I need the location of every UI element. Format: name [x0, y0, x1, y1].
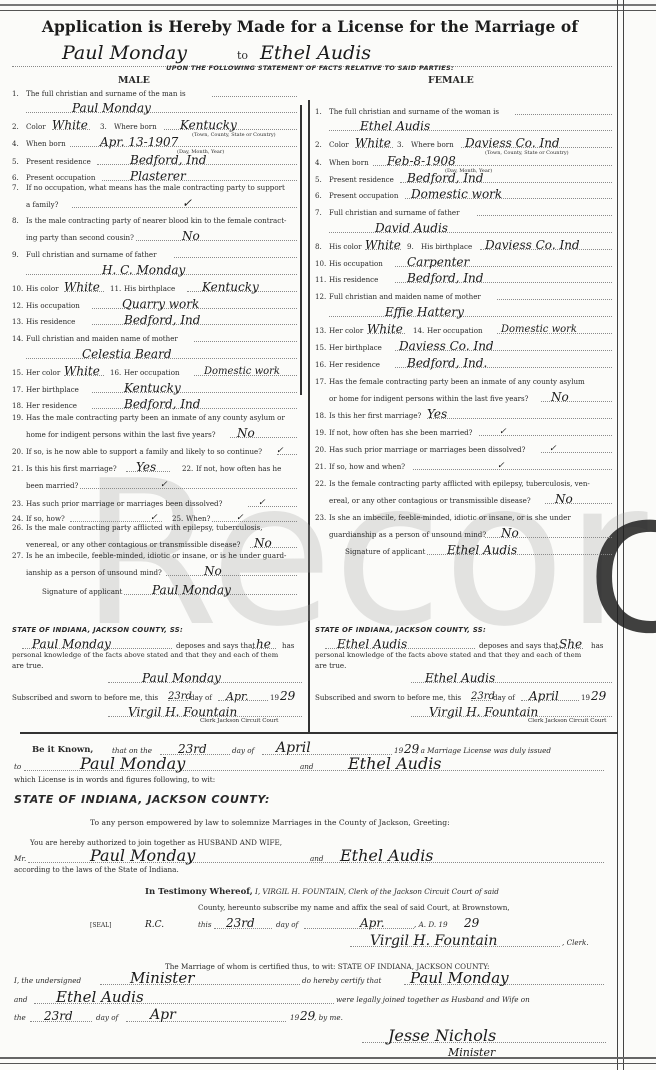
male-q7-answer: a family?✓ [12, 195, 297, 211]
female-q6: 6.Present occupationDomestic work [315, 186, 612, 202]
male-q9-answer: H. C. Monday [12, 262, 297, 278]
officiant-signature-title: Minister [448, 1046, 495, 1059]
female-q23-answer: guardianship as a person of unsound mind… [315, 525, 612, 541]
license-state-header: STATE OF INDIANA, JACKSON COUNTY: [14, 793, 270, 806]
male-q19: 19.Has the male contracting party been a… [12, 408, 297, 424]
female-q11: 11.His residenceBedford, Ind [315, 270, 612, 286]
female-q4: 4.When bornFeb-8-1908(Day, Month, Year) [315, 153, 612, 169]
marriage-license-document: Recor C Application is Hereby Made for a… [0, 0, 656, 1070]
female-q1: 1.The full christian and surname of the … [315, 102, 612, 118]
male-q22-answer: been married?✓ [12, 476, 297, 492]
female-q7-answer: David Audis [315, 220, 612, 236]
female-signature-line: Signature of applicantEthel Audis [315, 542, 612, 558]
male-q15-q16: 15.Her colorWhite16.Her occupationDomest… [12, 363, 297, 379]
female-q19: 19.If not, how often has she been marrie… [315, 423, 612, 439]
female-q23: 23.Is she an imbecile, feeble-minded, id… [315, 508, 612, 524]
female-q5: 5.Present residenceBedford, Ind [315, 170, 612, 186]
male-q8-answer: ing party than second cousin?No [12, 228, 297, 244]
male-q27-answer: ianship as a person of unsound mind?No [12, 563, 297, 579]
license-according: according to the laws of the State of In… [14, 865, 620, 874]
license-parties-line: to Paul Monday and Ethel Audis [0, 756, 620, 774]
female-affidavit-signature: Ethel Audis [425, 672, 495, 684]
female-q8-q9: 8.His colorWhite9.His birthplaceDaviess … [315, 237, 612, 253]
right-border-outer [623, 0, 624, 1070]
column-divider [308, 100, 310, 733]
male-signature-line: Signature of applicantPaul Monday [12, 582, 297, 598]
female-q17: 17.Has the female contracting party been… [315, 372, 612, 388]
bottom-border-inner [0, 1063, 656, 1064]
female-q10: 10.His occupationCarpenter [315, 254, 612, 270]
male-affidavit-signature: Paul Monday [142, 672, 221, 684]
seal-label: [SEAL] [90, 922, 112, 929]
female-q21: 21.If so, how and when?✓ [315, 457, 612, 473]
male-q26: 26.Is the male contracting party afflict… [12, 518, 297, 534]
male-q19-answer: home for indigent persons within the las… [12, 425, 297, 441]
male-q14-answer: Celestia Beard [12, 346, 297, 362]
male-q10-q11: 10.His colorWhite11.His birthplaceKentuc… [12, 279, 297, 295]
female-q18: 18.Is this her first marriage?Yes [315, 406, 612, 422]
male-q9: 9.Full christian and surname of father [12, 245, 297, 261]
male-column-edge [300, 105, 302, 395]
male-q17: 17.Her birthplaceKentucky [12, 380, 297, 396]
male-q2-q3: 2.ColorWhite3.Where bornKentucky(Town, C… [12, 117, 297, 133]
male-q4: 4.When bornApr. 13-1907(Day, Month, Year… [12, 134, 297, 150]
certificate-date-line: the 23rd day of Apr 19 29 , by me. [0, 1007, 620, 1025]
male-q1: 1.The full christian and surname of the … [12, 84, 297, 100]
male-signature: Paul Monday [152, 584, 231, 596]
bottom-border [0, 1057, 656, 1059]
certificate-officiant-line: I, the undersigned Minister do hereby ce… [0, 970, 620, 988]
male-q13: 13.His residenceBedford, Ind [12, 312, 297, 328]
female-q15: 15.Her birthplaceDaviess Co. Ind [315, 338, 612, 354]
male-q8: 8.Is the male contracting party of neare… [12, 211, 297, 227]
license-which-text: which License is in words and figures fo… [14, 775, 620, 784]
female-clerk-caption: Clerk Jackson Circuit Court [528, 718, 606, 724]
male-full-name: Paul Monday [72, 102, 151, 114]
female-q12-answer: Effie Hattery [315, 304, 612, 320]
license-mr-line: Mr. Paul Monday and Ethel Audis [0, 848, 620, 866]
female-q22: 22.Is the female contracting party affli… [315, 474, 612, 490]
male-q12: 12.His occupationQuarry work [12, 296, 297, 312]
female-q7: 7.Full christian and surname of father [315, 203, 612, 219]
female-q20: 20.Has such prior marriage or marriages … [315, 440, 612, 456]
male-clerk-signature: Virgil H. Fountain [128, 706, 237, 718]
clerk-date-line: [SEAL] R.C. this 23rd day of Apr. , A. D… [0, 914, 620, 932]
female-full-name: Ethel Audis [360, 120, 430, 132]
female-clerk-signature: Virgil H. Fountain [429, 706, 538, 718]
male-clerk-caption: Clerk Jackson Circuit Court [200, 718, 278, 724]
female-q13-q14: 13.Her colorWhite14.Her occupationDomest… [315, 321, 612, 337]
male-q27: 27.Is he an imbecile, feeble-minded, idi… [12, 546, 297, 562]
male-q7: 7.If no occupation, what means has the m… [12, 178, 297, 194]
female-q2-q3: 2.ColorWhite3.Where bornDaviess Co. Ind(… [315, 135, 612, 151]
testimony-line: In Testimony Whereof, I, VIRGIL H. FOUNT… [145, 887, 620, 897]
testimony-line-2: County, hereunto subscribe my name and a… [198, 903, 620, 912]
male-q20: 20.If so, is he now able to support a fa… [12, 442, 297, 458]
female-signature: Ethel Audis [447, 544, 517, 556]
certificate-bride-line: and Ethel Audis were legally joined toge… [0, 989, 620, 1007]
license-greeting: To any person empowered by law to solemn… [90, 818, 620, 827]
female-q17-answer: or home for indigent persons within the … [315, 389, 612, 405]
male-q1-answer: Paul Monday [12, 100, 297, 116]
female-q1-answer: Ethel Audis [315, 118, 612, 134]
female-q16: 16.Her residenceBedford, Ind. [315, 355, 612, 371]
male-q5: 5.Present residenceBedford, Ind [12, 152, 297, 168]
male-q14: 14.Full christian and maiden name of mot… [12, 329, 297, 345]
clerk-signature-line: Virgil H. Fountain , Clerk. [0, 932, 620, 950]
male-q23: 23.Has such prior marriage or marriages … [12, 494, 297, 510]
female-q12: 12.Full christian and maiden name of mot… [315, 287, 612, 303]
female-q22-answer: ereal, or any other contagious or transm… [315, 491, 612, 507]
officiant-signature: Jesse Nichols [388, 1026, 496, 1045]
male-q21-q22: 21.Is this his first marriage?Yes22.If n… [12, 459, 297, 475]
certificate-signature-line: Jesse Nichols [0, 1028, 620, 1046]
license-clerk-signature: Virgil H. Fountain [370, 933, 497, 949]
